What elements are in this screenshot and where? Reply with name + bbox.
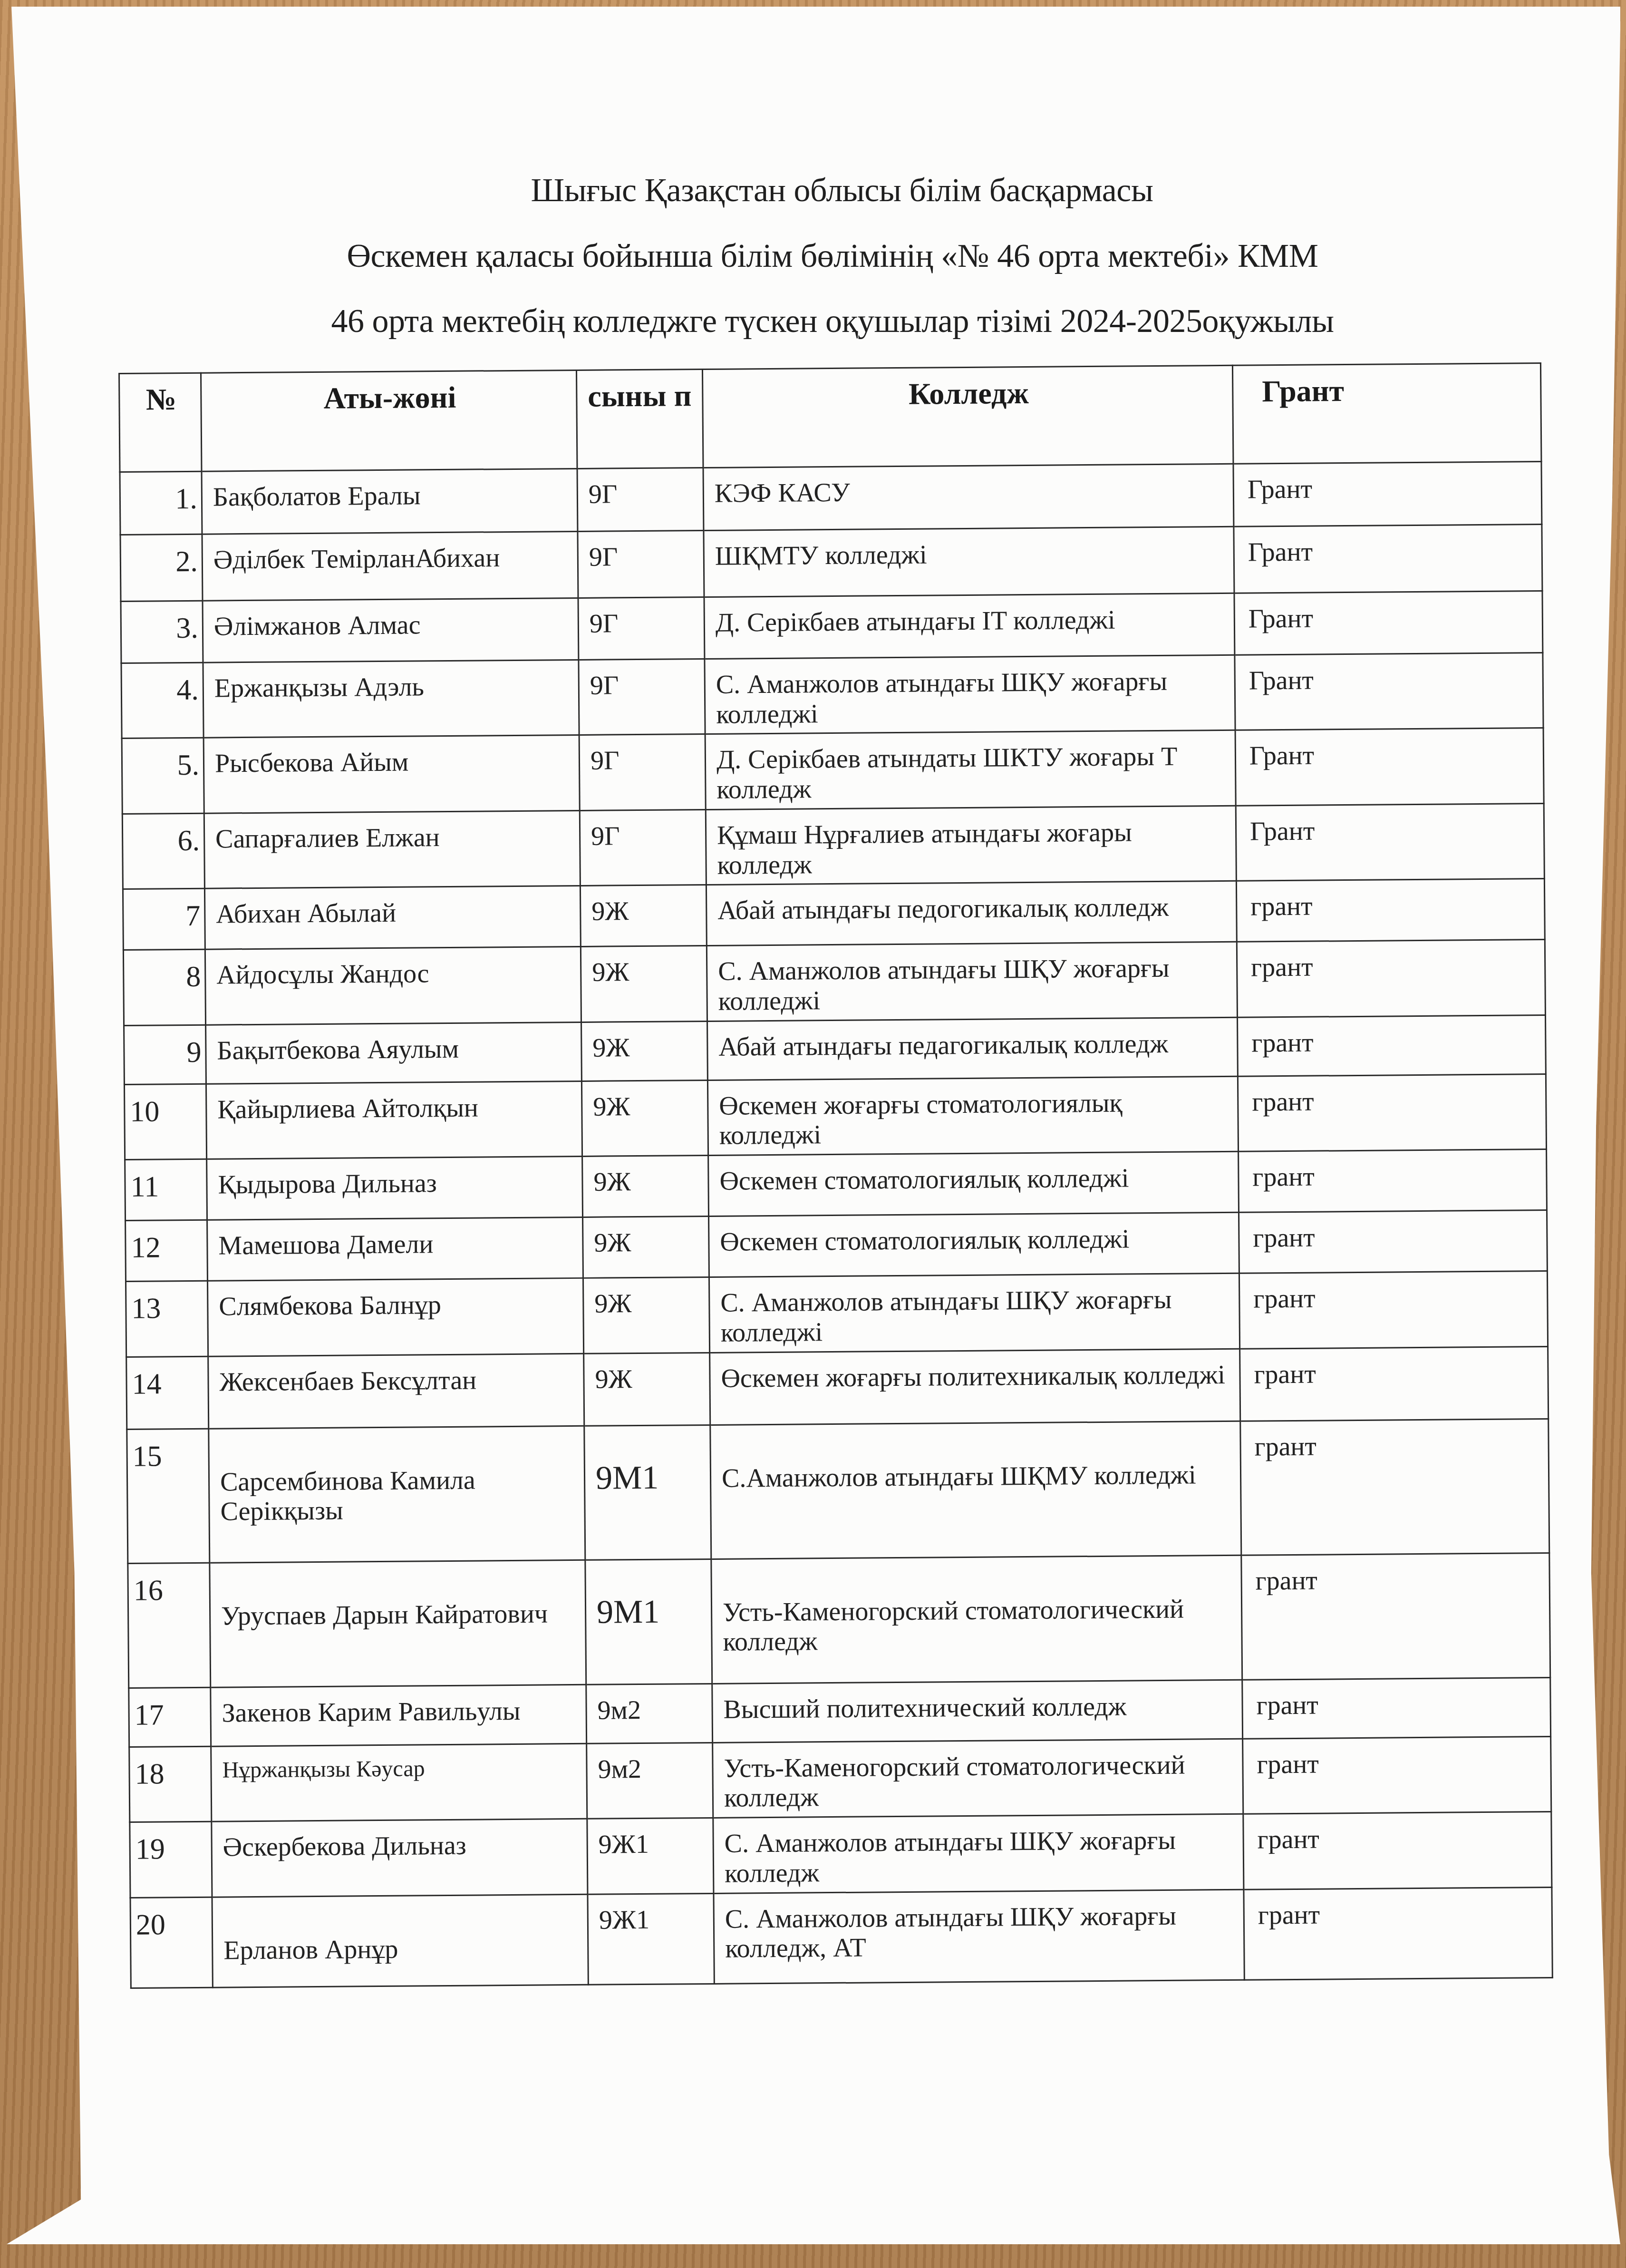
row-number: 18 [129,1746,212,1822]
grant-status: грант [1240,1419,1549,1555]
class-name: 9Ж [583,1277,709,1353]
row-number: 16 [128,1563,211,1688]
col-header-class: сыны п [576,369,703,468]
col-header-name: Аты-жөні [201,370,577,471]
table-row: 20Ерланов Арнұр9Ж1С. Аманжолов атындағы … [130,1887,1552,1988]
class-name: 9М1 [585,1559,712,1684]
table-row: 8Айдосұлы Жандос9ЖС. Аманжолов атындағы … [123,940,1545,1025]
table-row: 16Уруспаев Дарын Кайратович9М1Усть-Камен… [128,1553,1550,1688]
table-row: 3.Әлімжанов Алмас9ГД. Серікбаев атындағы… [121,591,1543,663]
row-number: 10 [124,1084,206,1160]
row-number: 15 [127,1429,210,1563]
class-name: 9Ж1 [588,1893,714,1985]
grant-status: грант [1243,1812,1552,1889]
student-name: Қыдырова Дильназ [207,1157,583,1220]
class-name: 9Г [579,734,706,810]
college-name: Высший политехнический колледж [712,1680,1243,1742]
class-name: 9Ж [581,1080,708,1156]
class-name: 9Ж [582,1156,709,1217]
student-name: Уруспаев Дарын Кайратович [210,1560,586,1687]
table-row: 14Жексенбаев Бексұлтан9ЖӨскемен жоғарғы … [126,1346,1549,1429]
grant-status: грант [1237,1015,1546,1076]
student-name: Қайырлиева Айтолқын [206,1081,582,1159]
college-name: Өскемен жоғарғы политехникалық колледжі [710,1349,1240,1425]
table-row: 1.Бақболатов Ералы9ГКЭФ КАСУГрант [120,462,1542,535]
paper-sheet: Шығыс Қазақстан облысы білім басқармасы … [7,7,1620,2244]
grant-status: грант [1244,1887,1552,1980]
class-name: 9Ж [583,1217,709,1278]
class-name: 9Ж [584,1353,710,1426]
class-name: 9Ж [581,946,707,1022]
class-name: 9Ж [581,1021,708,1081]
class-name: 9м2 [587,1742,713,1819]
college-name: С.Аманжолов атындағы ШҚМУ колледжі [710,1421,1241,1559]
college-name: Д. Серікбаев атындағы IT колледжі [704,593,1235,659]
class-name: 9м2 [586,1684,713,1743]
table-row: 4.Ержанқызы Адэль9ГС. Аманжолов атындағы… [121,653,1543,739]
grant-status: Грант [1233,462,1542,527]
row-number: 8 [123,950,205,1026]
student-name: Бақытбекова Аяулым [206,1022,582,1084]
row-number: 9 [124,1025,206,1084]
row-number: 19 [130,1821,212,1898]
table-body: 1.Бақболатов Ералы9ГКЭФ КАСУГрант2.Әділб… [120,462,1552,1988]
row-number: 14 [126,1356,209,1429]
student-name: Закенов Карим Равильулы [211,1684,587,1746]
table-row: 7Абихан Абылай9ЖАбай атындағы педогогика… [123,879,1545,950]
grant-status: грант [1239,1271,1548,1349]
grant-status: Грант [1234,591,1543,655]
college-name: С. Аманжолов атындағы ШҚУ жоғарғы коллед… [713,1814,1244,1893]
grant-status: Грант [1235,728,1544,806]
header-list-title: 46 орта мектебің колледжге түскен оқушыл… [26,305,1626,338]
college-name: Өскемен стоматологиялық колледжі [709,1212,1239,1277]
grant-status: грант [1243,1736,1551,1814]
row-number: 13 [126,1281,208,1357]
row-number: 3. [121,601,203,663]
row-number: 4. [121,662,203,739]
row-number: 17 [129,1687,211,1747]
table-row: 6.Сапарғалиев Елжан9ГҚұмаш Нұрғалиев аты… [122,803,1544,889]
college-name: Өскемен стоматологиялық колледжі [708,1151,1239,1216]
table-row: 12Мамешова Дамели9ЖӨскемен стоматологиял… [126,1210,1548,1282]
class-name: 9Г [578,597,705,660]
header-school: Өскемен қаласы бойынша білім бөлімінің «… [26,240,1626,273]
college-name: Абай атындағы педагогикалық колледж [707,1017,1238,1080]
student-name: Айдосұлы Жандос [205,947,581,1025]
college-name: Құмаш Нұрғалиев атындағы жоғары колледж [706,806,1236,885]
college-name: С. Аманжолов атындағы ШҚУ жоғарғы коллед… [705,655,1235,734]
college-name: Усть-Каменогорский стоматологический кол… [711,1555,1242,1684]
class-name: 9Ж [580,885,707,947]
grant-status: Грант [1235,653,1543,730]
student-name: Бақболатов Ералы [202,468,578,534]
grant-status: грант [1239,1210,1548,1274]
grant-status: грант [1242,1677,1551,1739]
college-name: Усть-Каменогорский стоматологический кол… [713,1739,1243,1818]
col-header-college: Колледж [702,365,1233,467]
table-row: 15Сарсембинова Камила Серікқызы9М1С.Аман… [127,1419,1549,1563]
college-name: С. Аманжолов атындағы ШҚУ жоғарғы коллед… [714,1889,1244,1984]
col-header-grant: Грант [1232,363,1541,464]
class-name: 9Ж1 [587,1818,714,1894]
grant-status: грант [1238,1074,1546,1151]
student-name: Сарсембинова Камила Серікқызы [209,1426,585,1563]
student-name: Жексенбаев Бексұлтан [208,1353,584,1429]
row-number: 7 [123,889,205,950]
student-name: Әділбек ТемірланАбихан [202,531,578,601]
students-table: № Аты-жөні сыны п Колледж Грант 1.Бақбол… [118,362,1553,1988]
students-table-wrap: № Аты-жөні сыны п Колледж Грант 1.Бақбол… [118,362,1552,1988]
student-name: Абихан Абылай [204,886,581,950]
row-number: 6. [122,813,204,889]
table-row: 5.Рысбекова Айым9ГД. Серікбаев атындаты … [122,728,1544,814]
grant-status: грант [1237,940,1545,1017]
header-region: Шығыс Қазақстан облысы білім басқармасы [35,174,1626,207]
student-name: Сапарғалиев Елжан [204,810,580,888]
college-name: КЭФ КАСУ [703,464,1234,530]
row-number: 1. [120,471,202,535]
student-name: Әлімжанов Алмас [203,598,579,662]
grant-status: Грант [1234,525,1542,594]
row-number: 20 [130,1897,213,1988]
student-name: Нұржанқызы Кәусар [211,1743,587,1821]
table-row: 18Нұржанқызы Кәусар9м2Усть-Каменогорский… [129,1736,1551,1822]
table-row: 17Закенов Карим Равильулы9м2Высший полит… [129,1677,1551,1747]
student-name: Мамешова Дамели [207,1217,583,1281]
student-name: Рысбекова Айым [203,735,580,813]
college-name: С. Аманжолов атындағы ШҚУ жоғарғы коллед… [709,1273,1239,1353]
grant-status: грант [1240,1346,1549,1421]
college-name: Абай атындағы педогогикалық колледж [706,881,1237,946]
grant-status: Грант [1236,803,1544,881]
student-name: Ержанқызы Адэль [203,660,579,738]
table-row: 10Қайырлиева Айтолқын9ЖӨскемен жоғарғы с… [124,1074,1546,1159]
table-row: 11Қыдырова Дильназ9ЖӨскемен стоматология… [125,1149,1547,1221]
student-name: Әскербекова Дильназ [212,1819,588,1897]
table-row: 19Әскербекова Дильназ9Ж1С. Аманжолов аты… [130,1812,1552,1898]
grant-status: грант [1239,1149,1547,1213]
row-number: 11 [125,1159,207,1220]
class-name: 9Г [580,809,706,886]
college-name: Өскемен жоғарғы стоматологиялық колледжі [707,1076,1238,1156]
table-row: 9Бақытбекова Аяулым9ЖАбай атындағы педаг… [124,1015,1546,1084]
student-name: Ерланов Арнұр [212,1894,588,1987]
class-name: 9Г [577,467,704,531]
class-name: 9Г [578,530,704,598]
row-number: 12 [126,1220,208,1281]
row-number: 5. [122,738,204,814]
college-name: ШҚМТУ колледжі [704,526,1234,597]
table-row: 2.Әділбек ТемірланАбихан9ГШҚМТУ колледжі… [120,525,1542,602]
grant-status: грант [1241,1553,1550,1680]
grant-status: грант [1236,879,1545,942]
student-name: Слямбекова Балнұр [208,1278,584,1356]
class-name: 9Г [579,659,705,735]
class-name: 9М1 [584,1425,711,1560]
table-row: 13Слямбекова Балнұр9ЖС. Аманжолов атында… [126,1271,1548,1357]
col-header-num: № [119,373,202,472]
table-header-row: № Аты-жөні сыны п Колледж Грант [119,363,1541,472]
row-number: 2. [120,534,203,601]
college-name: Д. Серікбаев атындаты ШКТУ жоғары Т колл… [705,730,1236,810]
college-name: С. Аманжолов атындағы ШҚУ жоғарғы коллед… [707,942,1237,1022]
